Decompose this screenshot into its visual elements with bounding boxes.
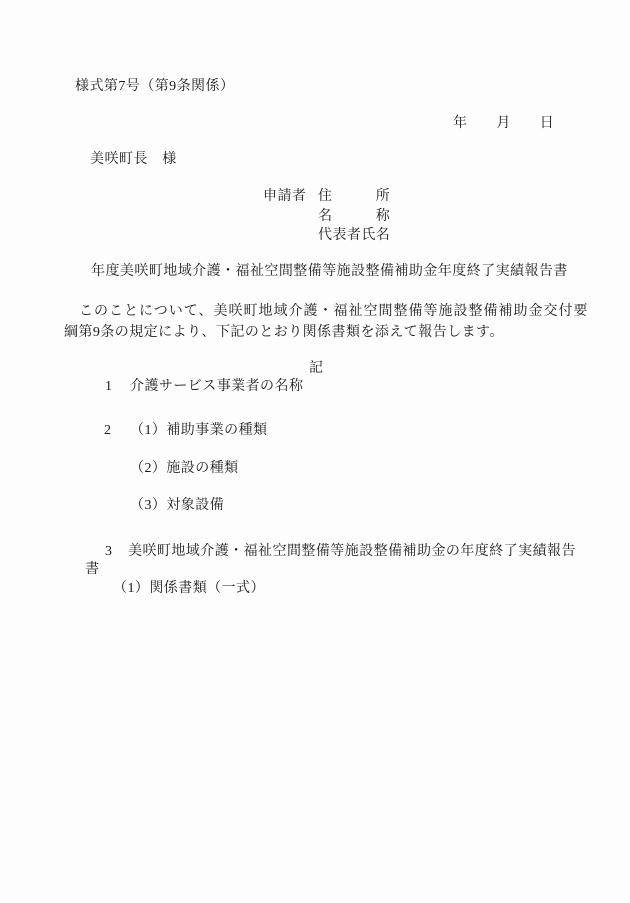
list-item-1-text: 介護サービス事業者の名称 (130, 379, 303, 395)
note-marker: 記 (309, 361, 323, 377)
list-item-2-number: 2 (104, 423, 111, 439)
body-paragraph-line-1: このことについて、美咲町地域介護・福祉空間整備等施設整備補助金交付要 (64, 304, 588, 320)
applicant-address-label: 住 所 (318, 189, 390, 205)
list-item-3-sub-1: （1）関係書類（一式） (113, 581, 265, 597)
form-number: 様式第7号（第9条関係） (75, 79, 234, 95)
list-item-3-text-line-2: 書 (85, 562, 99, 578)
list-item-2-sub-2: （2）施設の種類 (130, 461, 239, 477)
body-paragraph-line-2: 綱第9条の規定により、下記のとおり関係書類を添えて報告します。 (64, 325, 504, 341)
list-item-3-number: 3 (105, 544, 112, 560)
date-line: 年 月 日 (453, 116, 554, 132)
list-item-2-sub-3: （3）対象設備 (130, 498, 224, 514)
applicant-name-label: 名 称 (318, 209, 390, 225)
addressee: 美咲町長 様 (90, 152, 177, 168)
list-item-2-sub-1: （1）補助事業の種類 (130, 423, 268, 439)
list-item-3-text-line-1: 美咲町地域介護・福祉空間整備等施設整備補助金の年度終了実績報告 (128, 544, 576, 560)
document-title: 年度美咲町地域介護・福祉空間整備等施設整備補助金年度終了実績報告書 (91, 264, 568, 280)
document-page: 様式第7号（第9条関係） 年 月 日 美咲町長 様 申請者 住 所 名 称 代表… (0, 0, 630, 903)
applicant-representative-label: 代表者氏名 (318, 228, 390, 244)
applicant-label: 申請者 (263, 189, 306, 205)
list-item-1-number: 1 (105, 379, 112, 395)
